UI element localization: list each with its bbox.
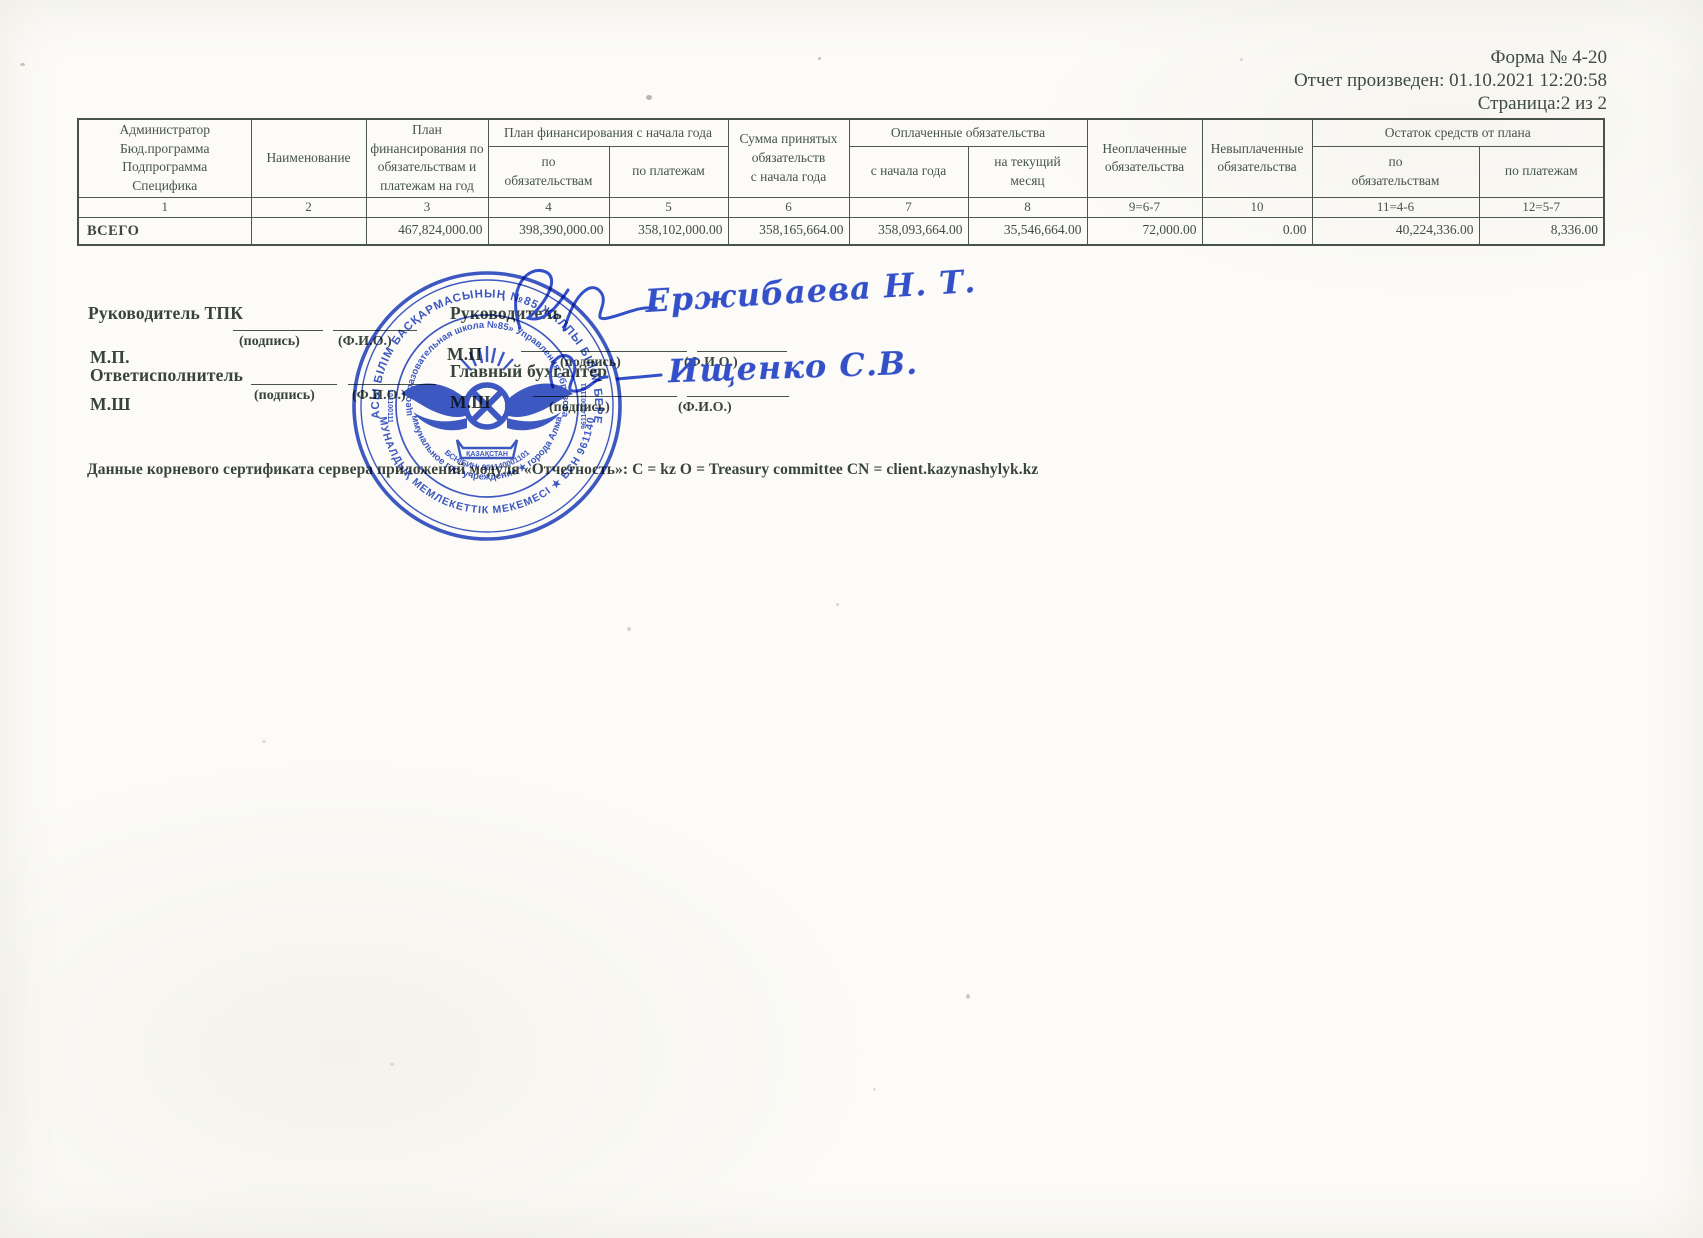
group-header-plan-start: План финансирования с начала года [488,119,728,146]
col-num-11: 11=4-6 [1312,197,1479,217]
group-header-paid-obligations: Оплаченные обязательства [849,119,1087,146]
col-num-2: 2 [251,197,366,217]
total-row-name [251,217,366,245]
scan-speck [20,63,25,66]
col-num-10: 10 [1202,197,1312,217]
signature-line [233,330,323,331]
header-cell-remainder-by-obligations: по обязательствам [1312,146,1479,197]
signature-line [251,384,337,385]
budget-report-table: Администратор Бюд.программа Подпрограмма… [77,118,1605,246]
col-num-8: 8 [968,197,1087,217]
document-header: Форма № 4-20 Отчет произведен: 01.10.202… [1294,46,1607,115]
header-cell-administrator: Администратор Бюд.программа Подпрограмма… [78,119,251,197]
value-unpaid: 72,000.00 [1087,217,1202,245]
header-cell-by-obligations: по обязательствам [488,146,609,197]
caption-sign-1: (подпись) [239,334,300,350]
stamp-banner-text: ҚАЗАҚСТАН [466,451,508,458]
caption-fio-4: (Ф.И.О.) [678,400,732,416]
scan-speck [818,57,821,60]
page-indicator: Страница:2 из 2 [1294,92,1607,115]
report-generated-timestamp: Отчет произведен: 01.10.2021 12:20:58 [1294,69,1607,92]
value-plan-year: 467,824,000.00 [366,217,488,245]
header-cell-name: Наименование [251,119,366,197]
group-header-plan-remainder: Остаток средств от плана [1312,119,1604,146]
value-remainder-obligations: 40,224,336.00 [1312,217,1479,245]
value-undisbursed: 0.00 [1202,217,1312,245]
value-paid-current-month: 35,546,664.00 [968,217,1087,245]
header-cell-plan-year: План финансирования по обязательствам и … [366,119,488,197]
round-stamp: «АЛМАТЫ ҚАЛАСЫ БІЛІМ БАСҚАРМАСЫНЫҢ №85 Ж… [337,256,637,556]
scan-speck [262,740,266,743]
label-msh-left: М.Ш [90,394,131,415]
stamp-side-number-right: 961140001101 [581,383,588,429]
scan-speck [966,994,970,999]
col-num-12: 12=5-7 [1479,197,1604,217]
handwritten-name-1: Ержибаева Н. Т. [644,262,977,320]
value-accepted: 358,165,664.00 [728,217,849,245]
header-cell-since-year-start: с начала года [849,146,968,197]
label-responsible-executor: Ответисполнитель [90,365,243,386]
scan-speck [627,627,631,631]
scan-speck [1240,58,1243,61]
header-cell-remainder-by-payments: по платежам [1479,146,1604,197]
form-number: Форма № 4-20 [1294,46,1607,69]
scan-speck [836,603,839,606]
col-num-6: 6 [728,197,849,217]
value-by-obligations: 398,390,000.00 [488,217,609,245]
col-num-3: 3 [366,197,488,217]
stamp-side-number-left: 101100111 [386,389,393,423]
value-remainder-payments: 8,336.00 [1479,217,1604,245]
fio-line [687,396,789,397]
col-num-1: 1 [78,197,251,217]
header-cell-accepted-obligations: Сумма принятых обязательств с начала год… [728,119,849,197]
column-numbers-row: 1 2 3 4 5 6 7 8 9=6-7 10 11=4-6 12=5-7 [78,197,1604,217]
scan-speck [873,1088,876,1091]
value-paid-since-year-start: 358,093,664.00 [849,217,968,245]
col-num-5: 5 [609,197,728,217]
label-head-tpk: Руководитель ТПК [88,303,243,324]
total-row-label: ВСЕГО [78,217,251,245]
col-num-7: 7 [849,197,968,217]
total-row: ВСЕГО 467,824,000.00 398,390,000.00 358,… [78,217,1604,245]
scan-speck [646,95,652,100]
scan-speck [390,1063,394,1066]
caption-sign-2: (подпись) [254,388,315,404]
header-cell-current-month: на текущий месяц [968,146,1087,197]
col-num-9: 9=6-7 [1087,197,1202,217]
handwritten-name-2: Ищенко С.В. [667,344,918,391]
value-by-payments: 358,102,000.00 [609,217,728,245]
header-cell-by-payments: по платежам [609,146,728,197]
header-cell-unpaid-obligations: Неоплаченные обязательства [1087,119,1202,197]
header-cell-undisbursed-obligations: Невыплаченные обязательства [1202,119,1312,197]
col-num-4: 4 [488,197,609,217]
scanned-report-page: Форма № 4-20 Отчет произведен: 01.10.202… [0,0,1703,1238]
